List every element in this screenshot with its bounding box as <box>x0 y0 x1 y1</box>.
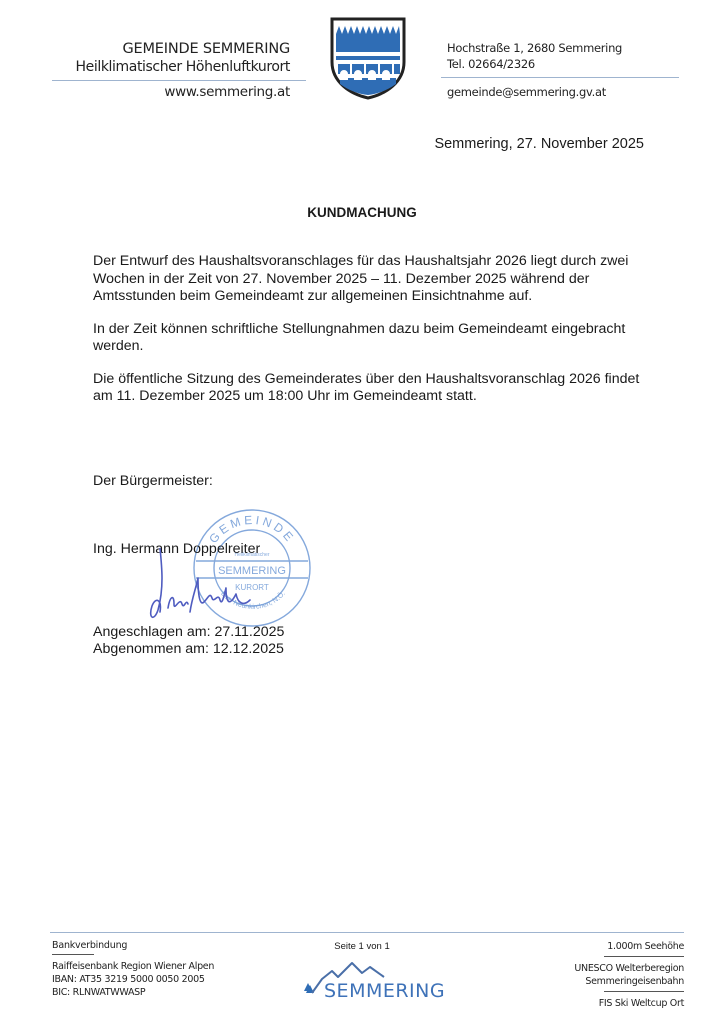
website-link[interactable]: www.semmering.at <box>40 84 290 100</box>
org-tagline: Heilklimatischer Höhenluftkurort <box>40 58 290 76</box>
altitude: 1.000m Seehöhe <box>574 940 684 953</box>
bic: BIC: RLNWATWWASP <box>52 986 214 999</box>
paragraph: In der Zeit können schriftliche Stellung… <box>93 321 653 356</box>
unesco-line-1: UNESCO Welterberegion <box>574 962 684 975</box>
paragraph: Die öffentliche Sitzung des Gemeinderate… <box>93 371 653 406</box>
announcement-body: Der Entwurf des Haushaltsvoranschlages f… <box>93 253 653 421</box>
letterhead-org: GEMEINDE SEMMERING Heilklimatischer Höhe… <box>40 40 290 100</box>
facts-separator <box>604 991 684 992</box>
iban: IBAN: AT35 3219 5000 0050 2005 <box>52 973 214 986</box>
region-facts: 1.000m Seehöhe UNESCO Welterberegion Sem… <box>574 940 684 1010</box>
signature-icon <box>140 548 260 648</box>
email-link[interactable]: gemeinde@semmering.gv.at <box>447 84 687 100</box>
bank-name: Raiffeisenbank Region Wiener Alpen <box>52 960 214 973</box>
document-heading: KUNDMACHUNG <box>0 205 724 220</box>
closing-role: Der Bürgermeister: <box>93 473 213 489</box>
fis-ski: FIS Ski Weltcup Ort <box>574 997 684 1010</box>
semmering-logo-icon: SEMMERING <box>292 955 452 1005</box>
unesco-line-2: Semmeringeisenbahn <box>574 975 684 988</box>
paragraph: Der Entwurf des Haushaltsvoranschlages f… <box>93 253 653 306</box>
letterhead-contact: Hochstraße 1, 2680 Semmering Tel. 02664/… <box>447 40 687 100</box>
coat-of-arms-icon <box>328 16 408 100</box>
header-divider <box>52 80 306 81</box>
place-date: Semmering, 27. November 2025 <box>434 136 644 152</box>
footer-divider <box>50 932 684 933</box>
bank-label-underline <box>52 954 94 955</box>
phone: Tel. 02664/2326 <box>447 56 687 72</box>
address: Hochstraße 1, 2680 Semmering <box>447 40 687 56</box>
org-name: GEMEINDE SEMMERING <box>40 40 290 58</box>
logo-text: SEMMERING <box>324 980 445 1002</box>
contact-divider <box>441 77 679 78</box>
facts-separator <box>604 956 684 957</box>
